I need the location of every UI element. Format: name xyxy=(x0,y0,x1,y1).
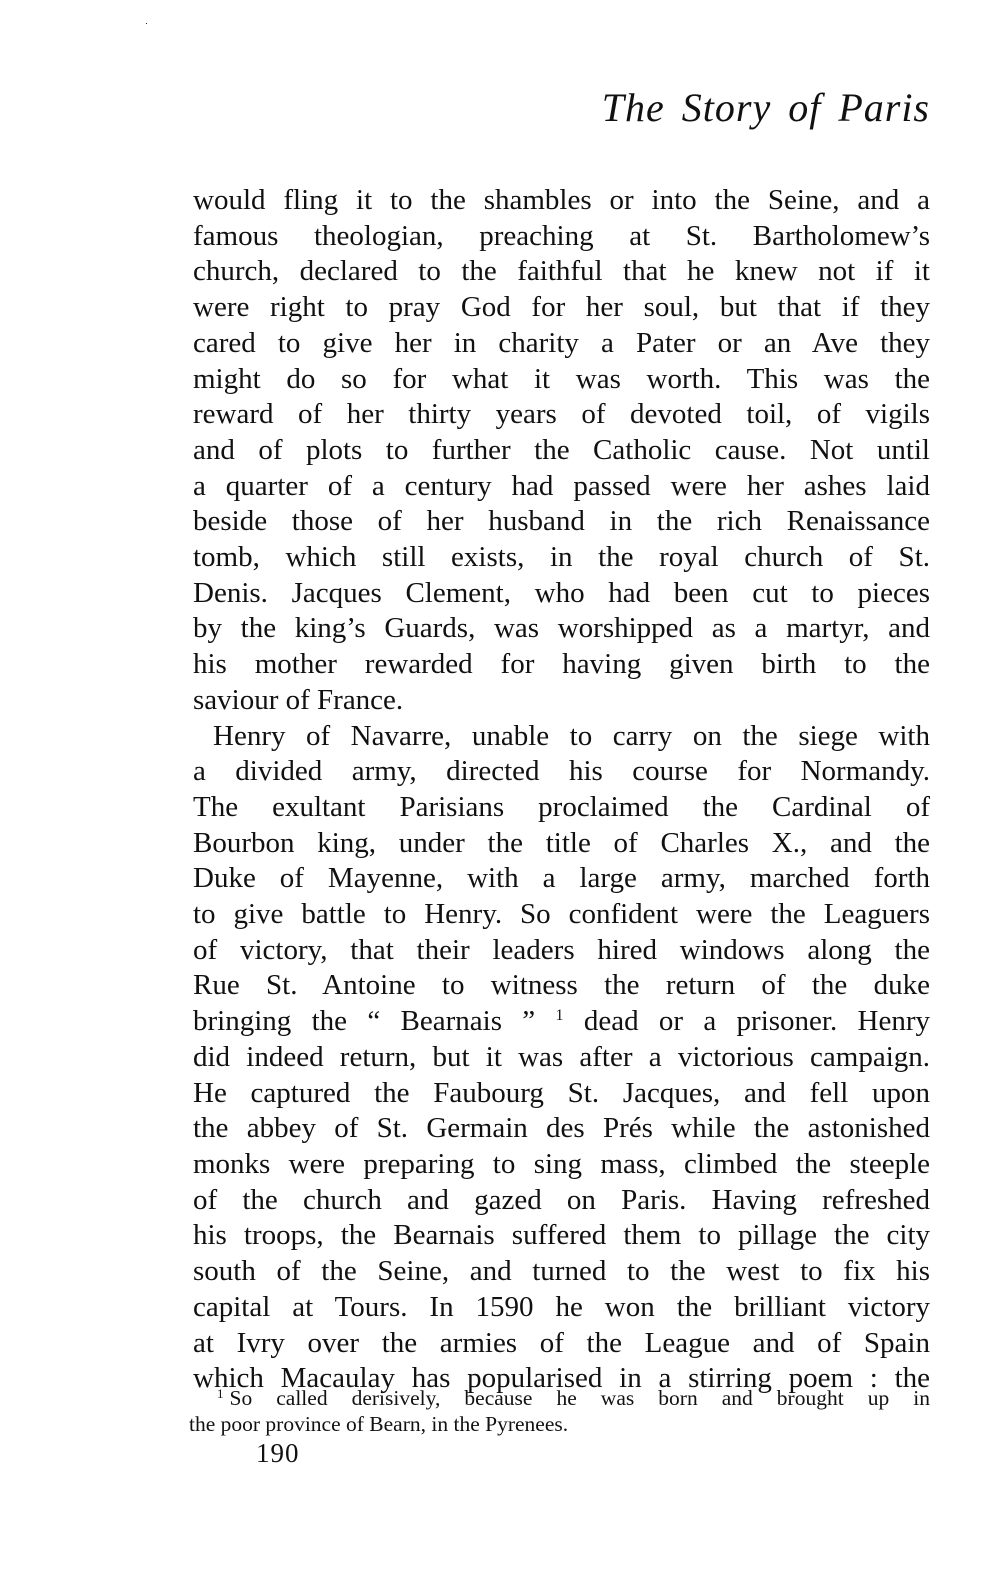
text-line: and of plots to further the Catholic cau… xyxy=(193,433,930,469)
scan-speck xyxy=(146,23,147,24)
text-line: at Ivry over the armies of the League an… xyxy=(193,1326,930,1362)
text-line: Denis. Jacques Clement, who had been cut… xyxy=(193,576,930,612)
text-line: his troops, the Bearnais suffered them t… xyxy=(193,1218,930,1254)
text-line: Bourbon king, under the title of Charles… xyxy=(193,826,930,862)
footnote-text: So called derisively, because he was bor… xyxy=(230,1386,931,1410)
text-line: of victory, that their leaders hired win… xyxy=(193,933,930,969)
text-line-paragraph-start: Henry of Navarre, unable to carry on the… xyxy=(193,719,930,755)
text-line: by the king’s Guards, was worshipped as … xyxy=(193,611,930,647)
text-line: The exultant Parisians proclaimed the Ca… xyxy=(193,790,930,826)
text-line: beside those of her husband in the rich … xyxy=(193,504,930,540)
text-line: monks were preparing to sing mass, climb… xyxy=(193,1147,930,1183)
text-line: did indeed return, but it was after a vi… xyxy=(193,1040,930,1076)
text-line: He captured the Faubourg St. Jacques, an… xyxy=(193,1076,930,1112)
text-line: south of the Seine, and turned to the we… xyxy=(193,1254,930,1290)
page-number: 190 xyxy=(256,1438,300,1469)
text-line: church, declared to the faithful that he… xyxy=(193,254,930,290)
text-line: tomb, which still exists, in the royal c… xyxy=(193,540,930,576)
text-line: would fling it to the shambles or into t… xyxy=(193,183,930,219)
text-line: Rue St. Antoine to witness the return of… xyxy=(193,968,930,1004)
text-line: famous theologian, preaching at St. Bart… xyxy=(193,219,930,255)
text-line: his mother rewarded for having given bir… xyxy=(193,647,930,683)
book-page: The Story of Paris would fling it to the… xyxy=(0,0,1000,1573)
footnote-marker: 1 xyxy=(217,1386,224,1401)
text-line: Duke of Mayenne, with a large army, marc… xyxy=(193,861,930,897)
text-segment: dead or a prisoner. Henry xyxy=(584,1005,930,1037)
text-line: were right to pray God for her soul, but… xyxy=(193,290,930,326)
body-text: would fling it to the shambles or into t… xyxy=(193,183,930,1397)
text-line-with-footnote-ref: bringing the “ Bearnais ” 1 dead or a pr… xyxy=(193,1004,930,1040)
text-line: reward of her thirty years of devoted to… xyxy=(193,397,930,433)
text-line: to give battle to Henry. So confident we… xyxy=(193,897,930,933)
text-line-paragraph-end: saviour of France. xyxy=(193,683,930,719)
footnote-line: the poor province of Bearn, in the Pyren… xyxy=(189,1411,930,1437)
footnote-reference[interactable]: 1 xyxy=(556,1007,564,1024)
text-line: a divided army, directed his course for … xyxy=(193,754,930,790)
text-line: cared to give her in charity a Pater or … xyxy=(193,326,930,362)
text-line: capital at Tours. In 1590 he won the bri… xyxy=(193,1290,930,1326)
text-line: the abbey of St. Germain des Prés while … xyxy=(193,1111,930,1147)
text-line: might do so for what it was worth. This … xyxy=(193,362,930,398)
text-line: of the church and gazed on Paris. Having… xyxy=(193,1183,930,1219)
text-segment: bringing the “ Bearnais ” xyxy=(193,1005,535,1037)
text-line: a quarter of a century had passed were h… xyxy=(193,469,930,505)
footnote-line: 1So called derisively, because he was bo… xyxy=(189,1385,930,1411)
footnote: 1So called derisively, because he was bo… xyxy=(189,1385,930,1437)
running-head-title: The Story of Paris xyxy=(602,88,930,128)
